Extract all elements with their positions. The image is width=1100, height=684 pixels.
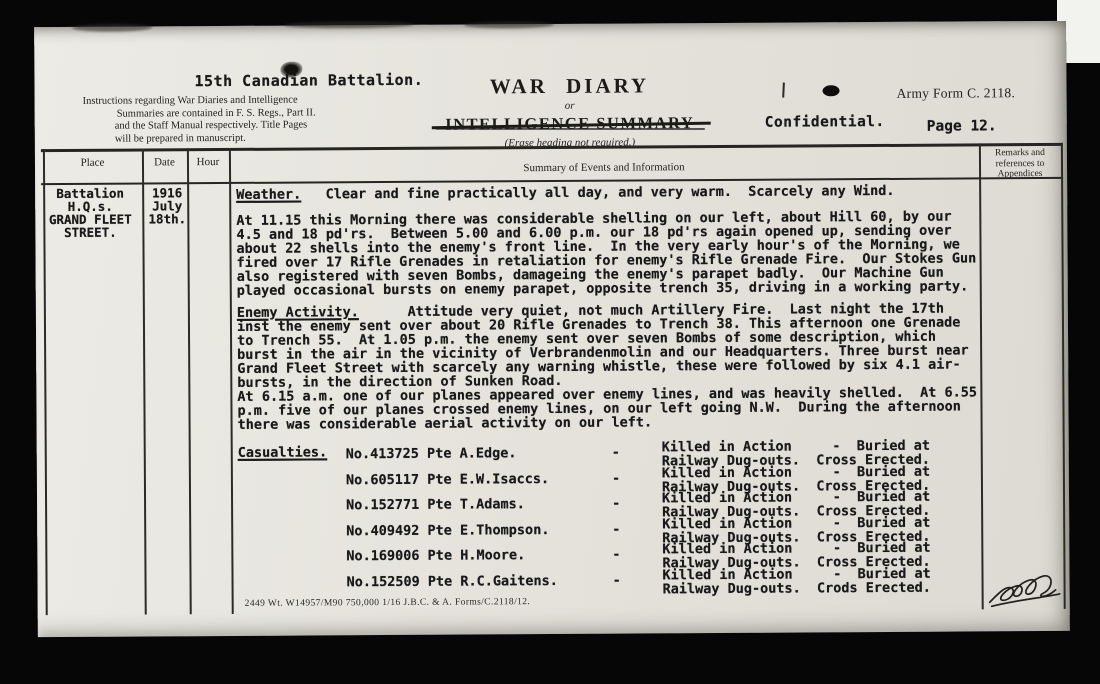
casualty-dash: - <box>612 466 662 485</box>
form-print-line: 2449 Wt. W14957/M90 750,000 1/16 J.B.C. … <box>245 597 531 609</box>
instructions-note: Instructions regarding War Diaries and I… <box>83 94 383 146</box>
form-title-block: WAR DIARY or INTELLIGENCE SUMMARY (Erase… <box>412 73 726 150</box>
instructions-line: will be prepared in manuscript. <box>83 132 383 146</box>
casualties-section: Casualties. No.413725 Pte A.Edge. - Kill… <box>238 438 981 603</box>
remarks-line: Remarks and <box>979 148 1061 159</box>
page-number: Page 12. <box>927 118 997 134</box>
casualty-name: No.152771 Pte T.Adams. <box>346 492 612 513</box>
col-header-hour: Hour <box>187 156 229 168</box>
torn-edge-artifact <box>464 21 554 29</box>
casualty-fate: Killed in Action - Buried atRailway Dug-… <box>662 566 930 596</box>
casualty-row: No.152509 Pte R.C.Gaitens. - Killed in A… <box>346 566 980 595</box>
col-header-date: Date <box>142 156 187 168</box>
table-border-right <box>1061 143 1065 609</box>
casualties-label: Casualties. <box>238 445 327 460</box>
handwritten-initials <box>985 564 1081 620</box>
casualty-name: No.169006 Pte H.Moore. <box>346 543 612 564</box>
entry-date: 1916 July 18th. <box>141 186 193 225</box>
army-form-number: Army Form C. 2118. <box>897 85 1016 102</box>
weather-label: Weather. <box>236 187 301 203</box>
scanned-war-diary-page: 15th Canadian Battalion. Instructions re… <box>0 0 1100 684</box>
casualty-name: No.409492 Pte E.Thompson. <box>346 517 612 538</box>
remarks-line: references to <box>979 158 1061 169</box>
casualty-dash: - <box>612 568 662 587</box>
col-header-place: Place <box>43 157 142 170</box>
casualty-name: No.605117 Pte E.W.Isaccs. <box>346 466 612 487</box>
battalion-header: 15th Canadian Battalion. <box>194 71 423 90</box>
signature-icon <box>985 564 1081 615</box>
struck-intelligence-summary: INTELLIGENCE SUMMARY <box>445 113 694 135</box>
casualty-name: No.152509 Pte R.C.Gaitens. <box>346 568 612 589</box>
confidential-stamp: Confidential. <box>765 114 885 131</box>
shelling-paragraph: At 11.15 this Morning there was consider… <box>236 209 978 298</box>
weather-entry: Weather. Clear and fine practically all … <box>236 183 978 202</box>
form-title: WAR DIARY <box>412 73 726 100</box>
col-header-summary: Summary of Events and Information <box>229 159 979 176</box>
pen-mark-artifact <box>782 83 785 98</box>
casualty-dash: - <box>612 440 662 459</box>
torn-edge-artifact <box>284 21 414 29</box>
summary-of-events: Weather. Clear and fine practically all … <box>236 183 981 603</box>
casualties-list: No.413725 Pte A.Edge. - Killed in Action… <box>346 438 981 595</box>
weather-text: Clear and fine practically all day, and … <box>301 183 894 203</box>
enemy-activity-entry: Enemy Activity. Attitude very quiet, not… <box>237 301 979 390</box>
torn-edge-artifact <box>72 23 152 31</box>
casualty-dash: - <box>612 542 662 561</box>
entry-place: Battalion H.Q.s. GRAND FLEET STREET. <box>37 186 143 239</box>
casualty-dash: - <box>612 517 662 536</box>
col-divider-hour-summary <box>229 148 233 614</box>
casualty-fate-line: Railway Dug-outs. Crods Erected. <box>663 580 931 596</box>
date-line: 18th. <box>141 212 193 225</box>
diary-page-paper: 15th Canadian Battalion. Instructions re… <box>34 21 1070 637</box>
casualty-name: No.413725 Pte A.Edge. <box>346 441 612 462</box>
col-header-remarks: Remarks and references to Appendices <box>979 148 1061 180</box>
ink-dot-artifact <box>823 85 840 96</box>
casualty-dash: - <box>612 491 662 510</box>
place-line: STREET. <box>37 225 143 239</box>
remarks-line: Appendices <box>979 169 1061 180</box>
planes-paragraph: At 6.15 a.m. one of our planes appeared … <box>237 385 979 432</box>
